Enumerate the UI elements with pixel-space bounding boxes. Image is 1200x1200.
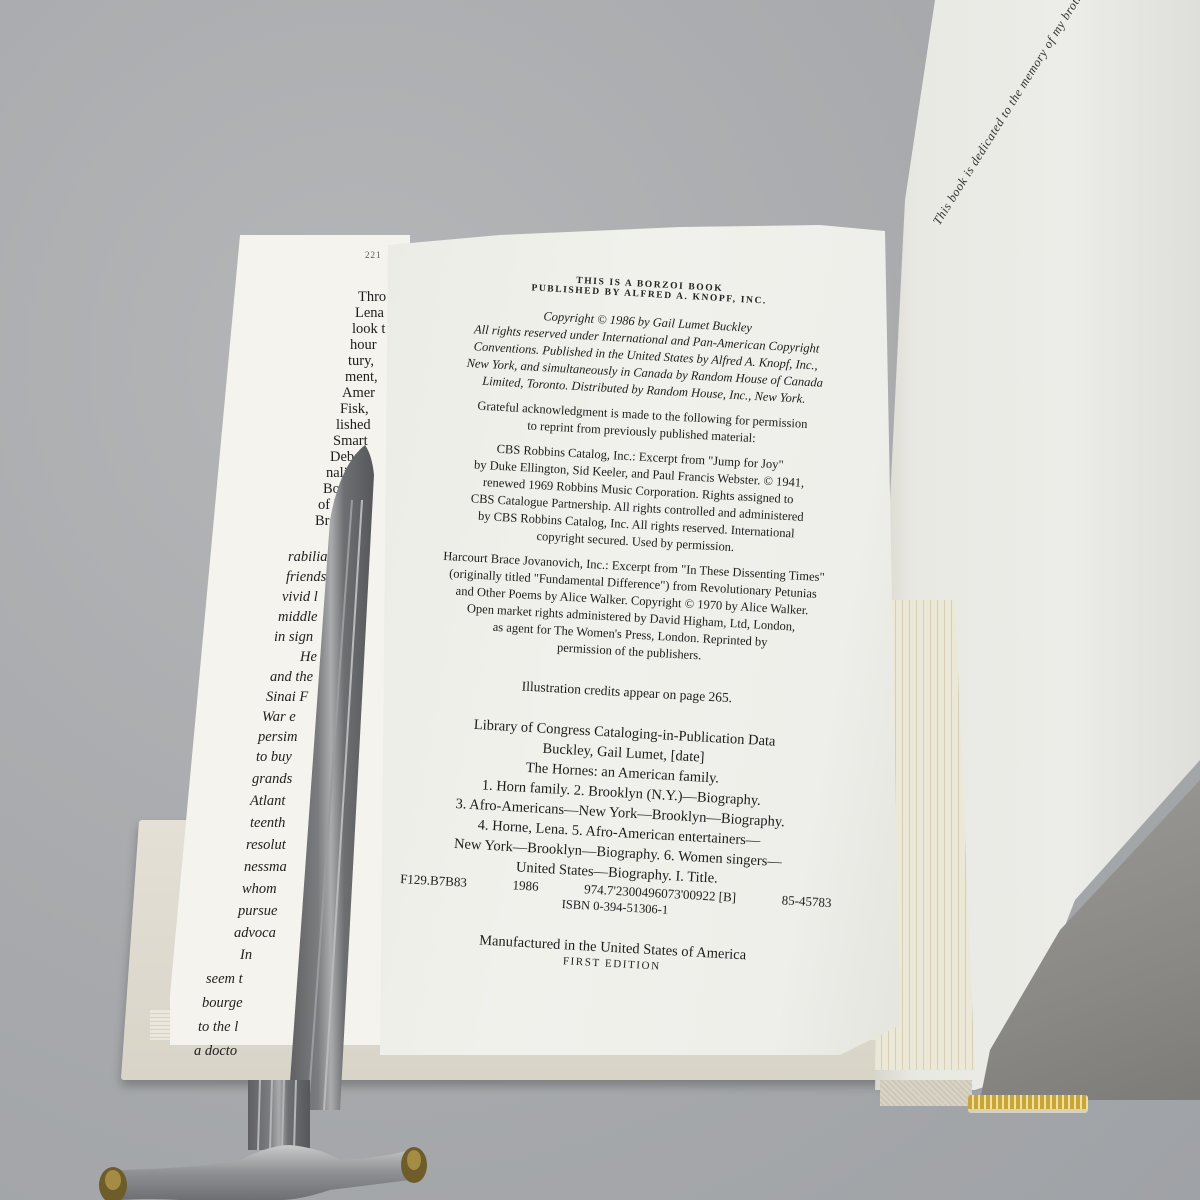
- left-line: seem t: [206, 967, 243, 991]
- cip-lccn: 85-45783: [781, 892, 832, 911]
- left-line: teenth: [250, 811, 285, 835]
- copyright-page-text: THIS IS A BORZOI BOOK PUBLISHED BY ALFRE…: [392, 268, 870, 982]
- left-line: whom: [242, 877, 277, 901]
- left-line: bourge: [202, 991, 243, 1015]
- left-line: to buy: [256, 745, 292, 769]
- left-page-text: 221 Thro Lena look t hour tury, ment, Am…: [170, 235, 400, 975]
- left-line: In: [240, 943, 252, 967]
- book-photo-scene: This book is dedicated to the memory of …: [0, 0, 1200, 1200]
- left-line: nessma: [244, 855, 287, 879]
- left-line: Atlant: [250, 789, 285, 813]
- left-line: pursue: [238, 899, 277, 923]
- spine-cloth: [880, 1080, 972, 1106]
- left-page-folio: 221: [365, 243, 382, 267]
- left-line: to the l: [198, 1015, 238, 1039]
- cip-year: 1986: [512, 877, 539, 894]
- headband: [968, 1095, 1088, 1113]
- left-line: advoca: [234, 921, 276, 945]
- left-line: grands: [252, 767, 292, 791]
- left-line: In: [332, 527, 344, 551]
- left-line: a docto: [194, 1039, 237, 1063]
- left-line: resolut: [246, 833, 286, 857]
